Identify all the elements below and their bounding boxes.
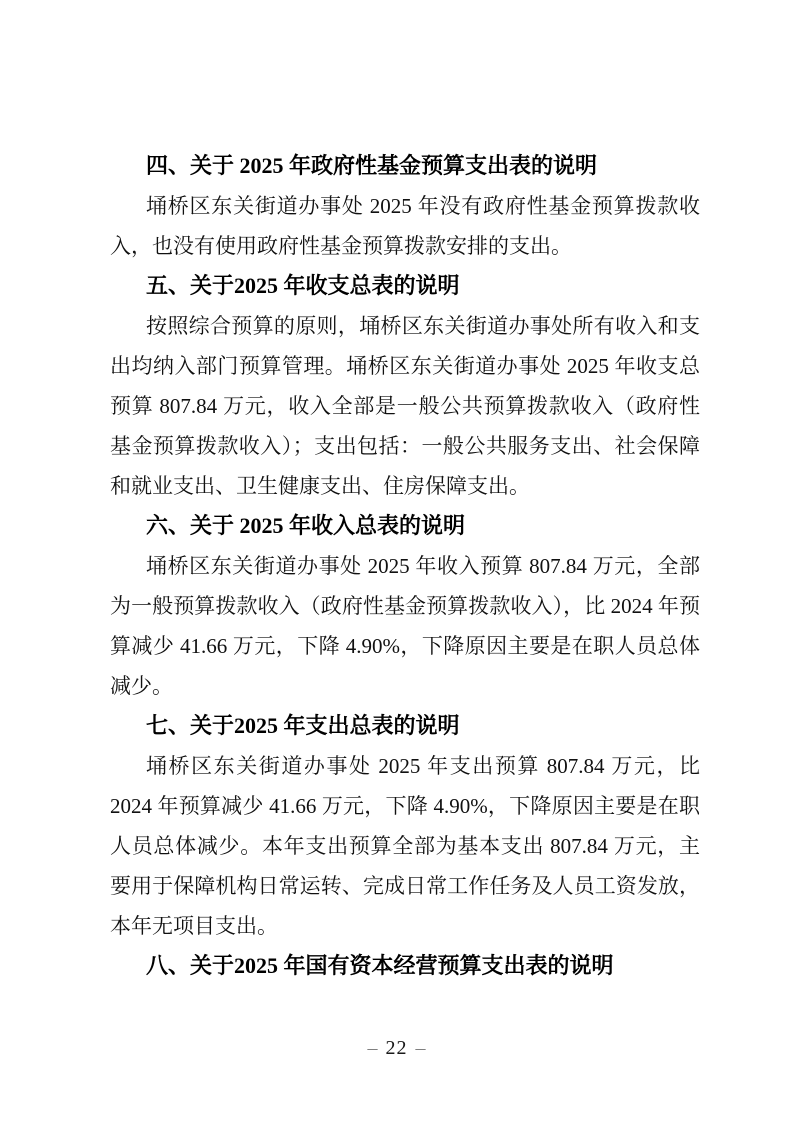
section-paragraph: 埇桥区东关街道办事处 2025 年没有政府性基金预算拨款收入，也没有使用政府性基…	[110, 186, 700, 266]
section-heading-revenue-expenditure-summary: 五、关于2025 年收支总表的说明	[110, 266, 700, 306]
section-heading-income-summary: 六、关于 2025 年收入总表的说明	[110, 506, 700, 546]
page-number-right-dash: –	[416, 1037, 426, 1059]
document-body: 四、关于 2025 年政府性基金预算支出表的说明 埇桥区东关街道办事处 2025…	[110, 146, 700, 986]
document-page: 四、关于 2025 年政府性基金预算支出表的说明 埇桥区东关街道办事处 2025…	[0, 0, 793, 1122]
section-heading-expenditure-summary: 七、关于2025 年支出总表的说明	[110, 706, 700, 746]
section-paragraph: 埇桥区东关街道办事处 2025 年收入预算 807.84 万元，全部为一般预算拨…	[110, 546, 700, 706]
section-paragraph: 按照综合预算的原则，埇桥区东关街道办事处所有收入和支出均纳入部门预算管理。埇桥区…	[110, 306, 700, 506]
section-heading-state-capital-budget: 八、关于2025 年国有资本经营预算支出表的说明	[110, 946, 700, 986]
section-paragraph: 埇桥区东关街道办事处 2025 年支出预算 807.84 万元，比 2024 年…	[110, 746, 700, 946]
section-heading-gov-fund-expenditure: 四、关于 2025 年政府性基金预算支出表的说明	[110, 146, 700, 186]
page-number-value: 22	[386, 1037, 408, 1059]
page-number-left-dash: –	[368, 1037, 378, 1059]
page-number: –22–	[0, 1034, 793, 1062]
